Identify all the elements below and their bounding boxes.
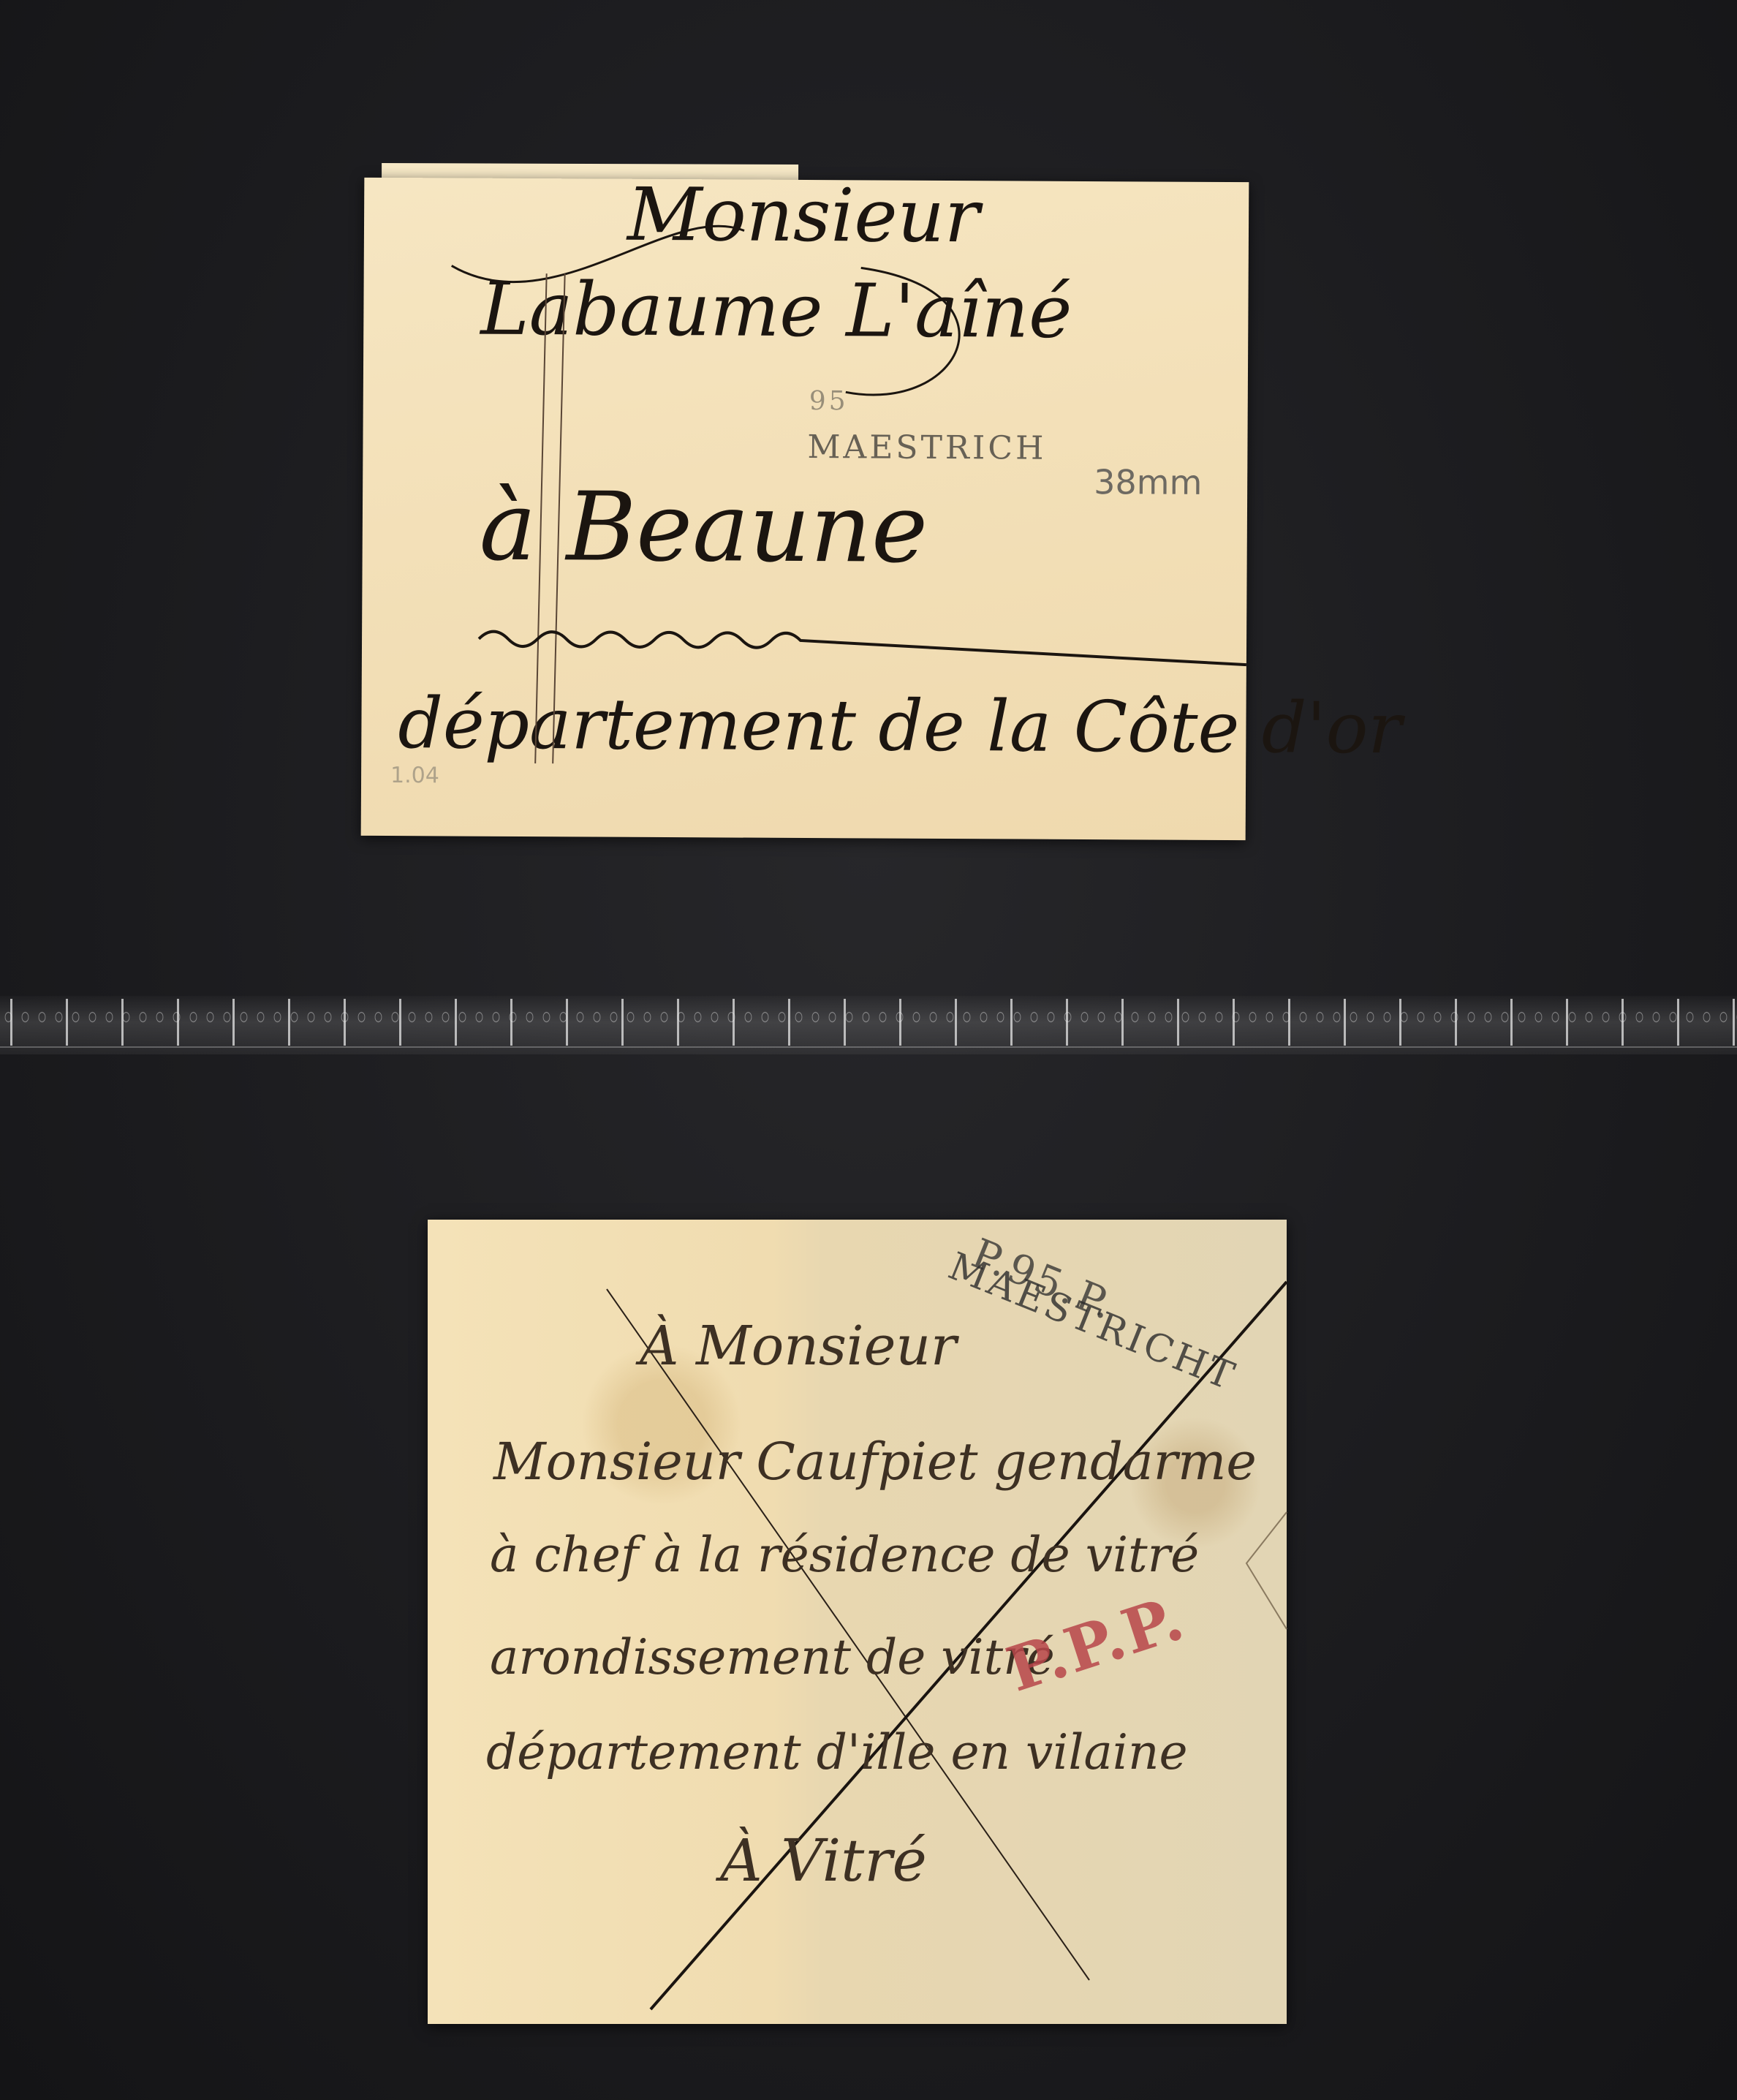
flourish-lines (361, 178, 1249, 840)
address-line-arrondissement: arondissement de vitré (490, 1629, 1055, 1685)
mount-strip-perforations (0, 1008, 1737, 1027)
address-line-recipient: Monsieur Caufpiet gendarme (493, 1432, 1257, 1492)
album-page: Monsieur Labaume L'aîné 95 MAESTRICH 38m… (0, 0, 1737, 2100)
mount-strip-edge (0, 1046, 1737, 1048)
cover-bottom: P.95.P. MAESTRICHT À Monsieur Monsieur C… (428, 1220, 1287, 2024)
cover-top: Monsieur Labaume L'aîné 95 MAESTRICH 38m… (361, 178, 1249, 840)
address-line-residence: à chef à la résidence de vitré (490, 1527, 1199, 1583)
address-line-town-bottom: À Vitré (720, 1827, 927, 1895)
address-line-department-bottom: département d'ille en vilaine (486, 1724, 1188, 1780)
address-line-salutation: À Monsieur (640, 1315, 956, 1378)
